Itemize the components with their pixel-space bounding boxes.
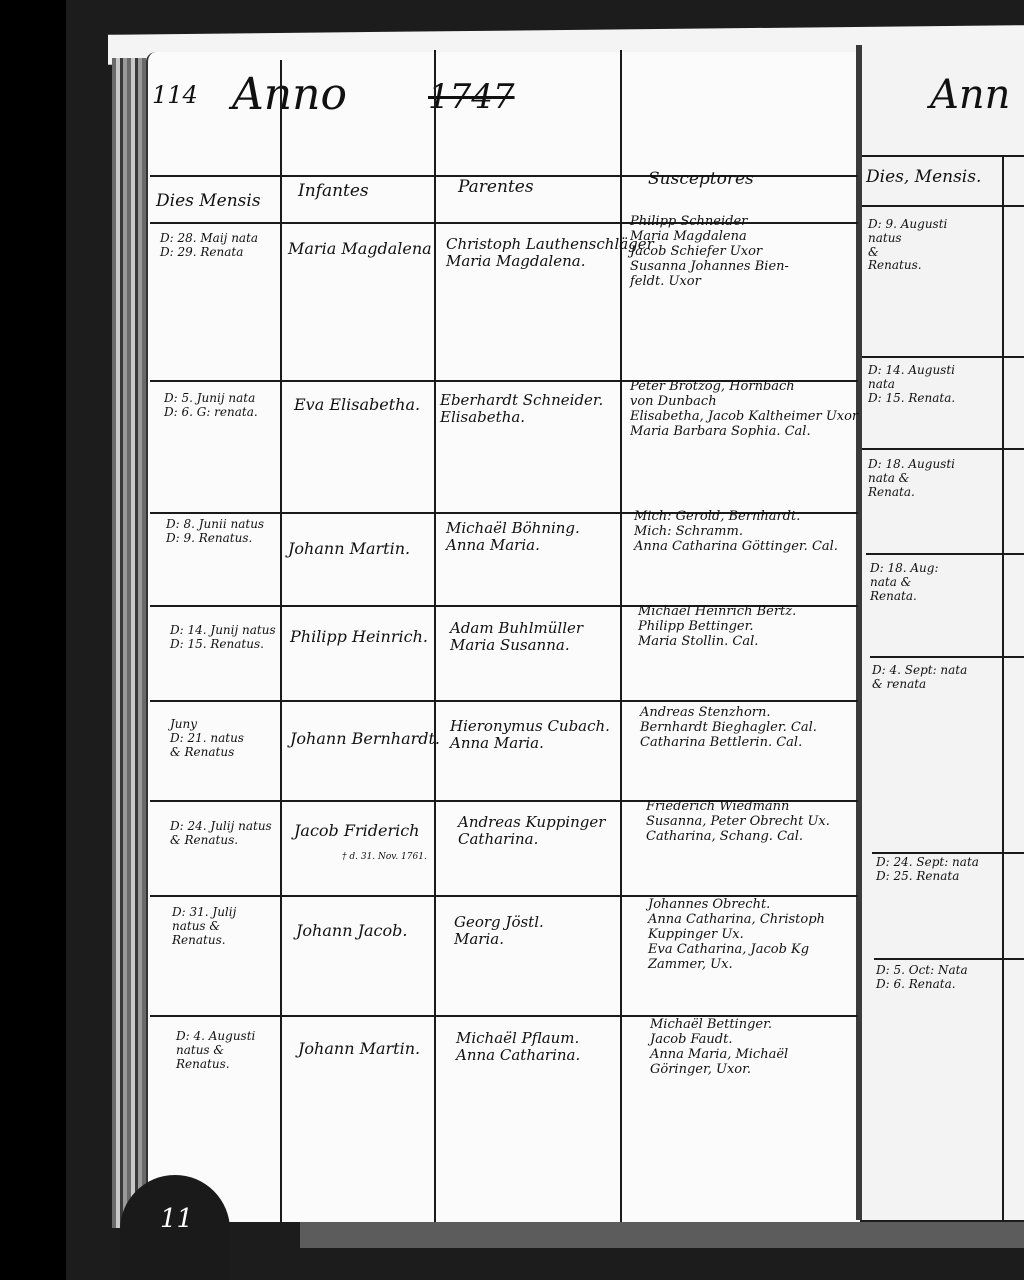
column-header-susceptores: Susceptores bbox=[648, 170, 754, 190]
right-entry-date: D: 14. Augusti nata D: 15. Renata. bbox=[868, 364, 955, 405]
entry-infant: Maria Magdalena bbox=[288, 240, 432, 258]
entry-date: D: 31. Julij natus & Renatus. bbox=[172, 906, 236, 947]
right-row-rule bbox=[872, 852, 1024, 854]
column-rule bbox=[434, 50, 436, 1222]
row-rule bbox=[150, 700, 858, 702]
column-header-infantes: Infantes bbox=[298, 182, 369, 202]
right-title-fragment: Ann bbox=[930, 72, 1010, 118]
right-column-header-dies-mensis: Dies, Mensis. bbox=[866, 168, 981, 188]
right-row-rule bbox=[874, 958, 1024, 960]
entry-sponsors: Johannes Obrecht. Anna Catharina, Christ… bbox=[648, 898, 825, 973]
entry-sponsors: Philipp Schneider Maria Magdalena Jacob … bbox=[630, 215, 789, 290]
right-row-rule bbox=[870, 656, 1024, 658]
entry-sponsors: Peter Brotzog, Hornbach von Dunbach Elis… bbox=[630, 380, 858, 440]
column-rule bbox=[280, 60, 282, 1222]
entry-date: D: 5. Junij nata D: 6. G: renata. bbox=[164, 392, 258, 420]
entry-infant: Eva Elisabetha. bbox=[294, 396, 420, 414]
scanner-margin bbox=[0, 0, 66, 1280]
right-row-rule bbox=[862, 356, 1024, 358]
right-entry-date: D: 18. Aug: nata & Renata. bbox=[870, 562, 939, 603]
title-anno: Anno bbox=[232, 70, 347, 121]
entry-sponsors: Andreas Stenzhorn. Bernhardt Bieghagler.… bbox=[640, 706, 817, 751]
right-entry-date: D: 24. Sept: nata D: 25. Renata bbox=[876, 856, 979, 884]
entry-parents: Adam Buhlmüller Maria Susanna. bbox=[450, 620, 583, 655]
entry-date: D: 14. Junij natus D: 15. Renatus. bbox=[170, 624, 276, 652]
entry-date: D: 4. Augusti natus & Renatus. bbox=[176, 1030, 255, 1071]
entry-parents: Hieronymus Cubach. Anna Maria. bbox=[450, 718, 610, 753]
right-entry-date: D: 9. Augusti natus & Renatus. bbox=[868, 218, 947, 273]
entry-date: D: 28. Maij nata D: 29. Renata bbox=[160, 232, 258, 260]
entry-date: D: 24. Julij natus & Renatus. bbox=[170, 820, 272, 848]
entry-sponsors: Friederich Wiedmann Susanna, Peter Obrec… bbox=[646, 800, 830, 845]
right-entry-date: D: 5. Oct: Nata D: 6. Renata. bbox=[876, 964, 968, 992]
right-row-rule bbox=[866, 553, 1024, 555]
book-edge bbox=[300, 1222, 1024, 1248]
right-header-bottom-rule bbox=[862, 205, 1024, 207]
page-number: 114 bbox=[152, 82, 198, 110]
right-column-rule bbox=[1002, 155, 1004, 1220]
entry-death-note: † d. 31. Nov. 1761. bbox=[342, 852, 427, 862]
right-entry-date: D: 18. Augusti nata & Renata. bbox=[868, 458, 955, 499]
folio-mark: 11 bbox=[160, 1205, 193, 1235]
entry-sponsors: Mich: Gerold, Bernhardt. Mich: Schramm. … bbox=[634, 510, 838, 555]
entry-parents: Christoph Lauthenschläger Maria Magdalen… bbox=[446, 236, 654, 271]
entry-parents: Michaël Böhning. Anna Maria. bbox=[446, 520, 580, 555]
entry-infant: Jacob Friderich bbox=[294, 822, 419, 840]
entry-infant: Johann Martin. bbox=[298, 1040, 420, 1058]
right-row-rule bbox=[862, 448, 1024, 450]
entry-infant: Johann Jacob. bbox=[296, 922, 407, 940]
entry-parents: Andreas Kuppinger Catharina. bbox=[458, 814, 605, 849]
column-header-dies-mensis: Dies Mensis bbox=[156, 192, 261, 212]
entry-parents: Michaël Pflaum. Anna Catharina. bbox=[456, 1030, 580, 1065]
entry-infant: Johann Bernhardt. bbox=[290, 730, 440, 748]
entry-infant: Philipp Heinrich. bbox=[290, 628, 428, 646]
entry-infant: Johann Martin. bbox=[288, 540, 410, 558]
entry-sponsors: Michaël Bettinger. Jacob Faudt. Anna Mar… bbox=[650, 1018, 788, 1078]
column-header-parentes: Parentes bbox=[458, 178, 534, 198]
right-entry-date: D: 4. Sept: nata & renata bbox=[872, 664, 967, 692]
entry-date: Juny D: 21. natus & Renatus bbox=[170, 718, 244, 759]
title-year: 1747 bbox=[428, 78, 515, 117]
entry-sponsors: Michaël Heinrich Bertz. Philipp Bettinge… bbox=[638, 605, 796, 650]
right-header-top-rule bbox=[862, 155, 1024, 157]
entry-parents: Georg Jöstl. Maria. bbox=[454, 914, 544, 949]
entry-date: D: 8. Junii natus D: 9. Renatus. bbox=[166, 518, 264, 546]
column-rule bbox=[620, 50, 622, 1222]
entry-parents: Eberhardt Schneider. Elisabetha. bbox=[440, 392, 603, 427]
